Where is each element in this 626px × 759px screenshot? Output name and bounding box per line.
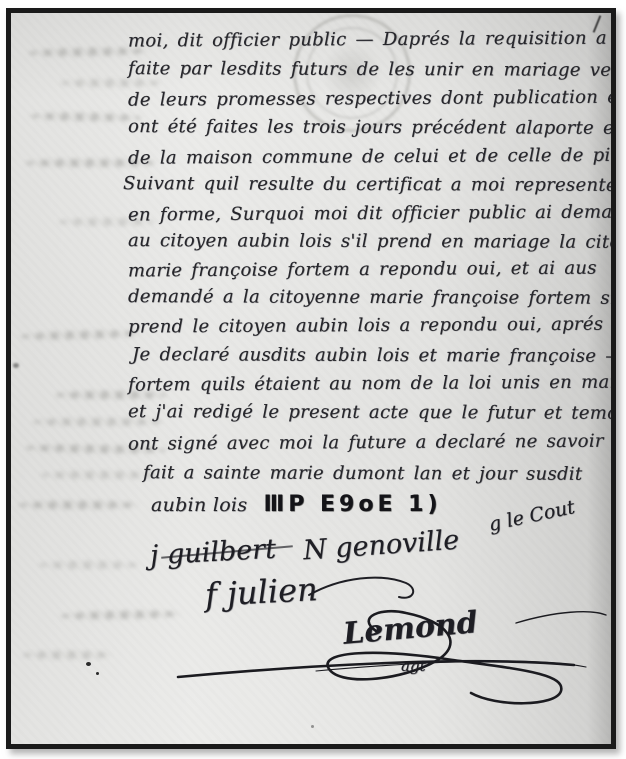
manuscript-line: demandé a la citoyenne marie françoise f… [128, 287, 611, 309]
bleedthrough-smudge [39, 561, 139, 569]
ink-speck [13, 363, 19, 368]
groom-block-letter-mark: ⅢP E9oE 1) [263, 492, 441, 517]
bleedthrough-smudge [23, 651, 113, 659]
scanned-document-page: moi, dit officier public — Daprés la req… [0, 0, 626, 759]
signature-genoville: N genoville [302, 525, 460, 567]
manuscript-line: prend le citoyen aubin lois a repondu ou… [128, 314, 611, 337]
ink-speck [96, 672, 99, 675]
manuscript-line: Suivant quil resulte du certificat a moi… [123, 174, 611, 196]
manuscript-line: ont signé avec moi la future a declaré n… [128, 431, 611, 454]
manuscript-line: Je declaré ausdits aubin lois et marie f… [132, 345, 611, 367]
ink-speck [86, 662, 91, 666]
manuscript-line: marie françoise fortem a repondu oui, et… [128, 259, 597, 282]
bleedthrough-smudge [61, 610, 181, 620]
groom-name: aubin lois [151, 494, 247, 516]
bleedthrough-smudge [19, 501, 139, 509]
manuscript-line: au citoyen aubin lois s'il prend en mari… [128, 231, 611, 253]
manuscript-line: de la maison commune de celui et de cell… [128, 145, 611, 168]
manuscript-line: moi, dit officier public — Daprés la req… [128, 28, 611, 51]
signature-lecout: g le Cout [487, 496, 577, 536]
photo-frame-border: moi, dit officier public — Daprés la req… [6, 8, 616, 749]
manuscript-line: faite par lesdits futurs de les unir en … [128, 59, 611, 81]
manuscript-line: ont été faites les trois jours précédent… [128, 117, 611, 139]
bleedthrough-smudge [61, 79, 161, 87]
bleedthrough-smudge [21, 329, 141, 340]
bleedthrough-smudge [31, 112, 141, 122]
manuscript-line: de leurs promesses respectives dont publ… [128, 87, 611, 110]
manuscript-line: en forme, Surquoi moi dit officier publi… [128, 202, 611, 225]
lemond-paraphe-flourish [166, 593, 611, 728]
manuscript-line: fortem quils étaient au nom de la loi un… [128, 372, 611, 395]
manuscript-paper: moi, dit officier public — Daprés la req… [11, 13, 611, 744]
manuscript-line: et j'ai redigé le present acte que le fu… [128, 402, 611, 424]
manuscript-line: fait a sainte marie dumont lan et jour s… [143, 463, 582, 484]
groom-signature-line: aubin loisⅢP E9oE 1) [151, 492, 442, 517]
